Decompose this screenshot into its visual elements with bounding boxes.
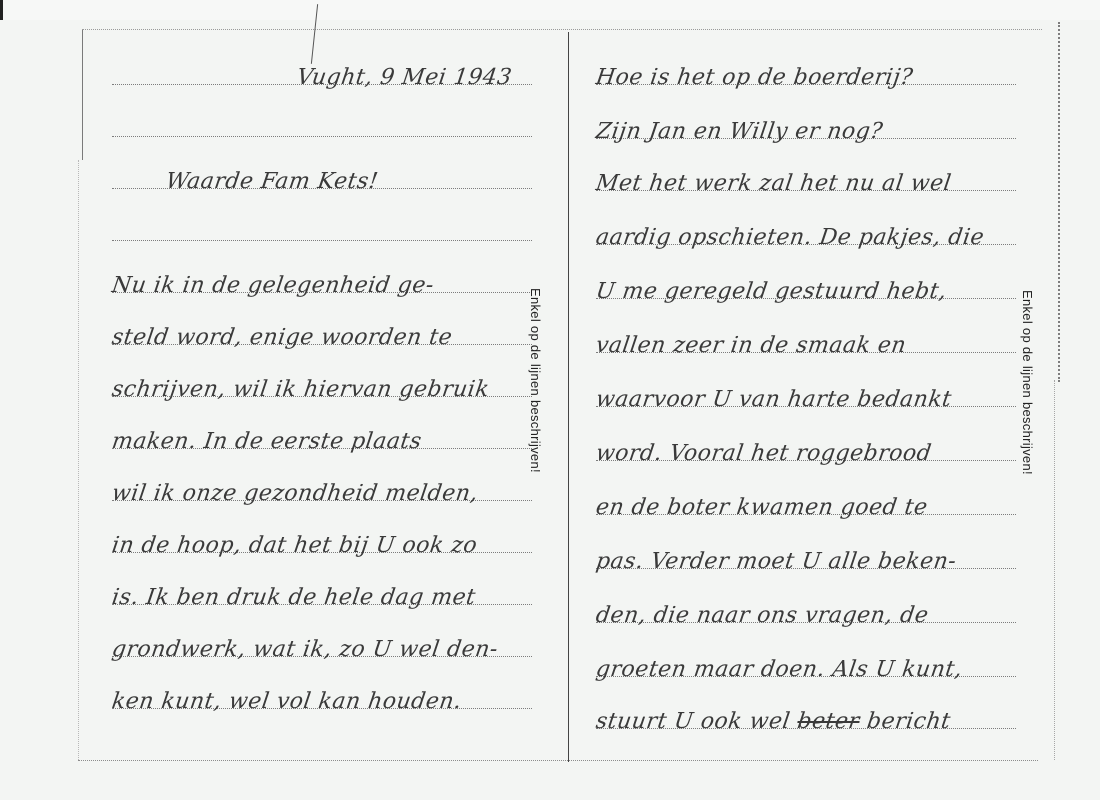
- scan-edge-mark: [0, 0, 3, 20]
- letter-line: wil ik onze gezondheid melden,: [112, 466, 532, 501]
- letter-line: stuurt U ook wel beter bericht: [596, 694, 1016, 729]
- last-word: bericht: [865, 709, 952, 734]
- letter-line: ken kunt, wel vol kan houden.: [112, 674, 532, 709]
- card-top-border: [82, 29, 1042, 30]
- letter-line: waarvoor U van harte bedankt: [596, 372, 1016, 407]
- card-left-edge: [82, 30, 83, 160]
- letter-line: [112, 206, 532, 241]
- letter-line: Nu ik in de gelegenheid ge-: [112, 258, 532, 293]
- letter-line: vallen zeer in de smaak en: [596, 318, 1016, 353]
- scan-top-margin: [0, 0, 1100, 20]
- letter-line: is. Ik ben druk de hele dag met: [112, 570, 532, 605]
- printed-instruction-right: Enkel op de lijnen beschrijven!: [1020, 290, 1035, 475]
- card-bottom-border: [78, 760, 1038, 761]
- letter-line: Waarde Fam Kets!: [112, 154, 532, 189]
- letter-line: Met het werk zal het nu al wel: [596, 156, 1016, 191]
- scanned-letter: Vught, 9 Mei 1943 Waarde Fam Kets! Nu ik…: [0, 0, 1100, 800]
- letter-line: en de boter kwamen goed te: [596, 480, 1016, 515]
- card-left-edge-faint: [78, 160, 79, 760]
- center-fold-line: [568, 32, 569, 762]
- letter-line: groeten maar doen. Als U kunt,: [596, 642, 1016, 677]
- letter-line: steld word, enige woorden te: [112, 310, 532, 345]
- letter-line: U me geregeld gestuurd hebt,: [596, 264, 1016, 299]
- letter-line: pas. Verder moet U alle beken-: [596, 534, 1016, 569]
- letter-line: Hoe is het op de boerderij?: [596, 50, 1016, 85]
- letter-line: grondwerk, wat ik, zo U wel den-: [112, 622, 532, 657]
- letter-line: schrijven, wil ik hiervan gebruik: [112, 362, 532, 397]
- letter-line: Zijn Jan en Willy er nog?: [596, 104, 1016, 139]
- letter-line: maken. In de eerste plaats: [112, 414, 532, 449]
- printed-instruction-left: Enkel op de lijnen beschrijven!: [528, 288, 543, 473]
- date-line: Vught, 9 Mei 1943: [295, 65, 513, 90]
- letter-line: word. Vooral het roggebrood: [596, 426, 1016, 461]
- letter-line: Vught, 9 Mei 1943: [112, 50, 532, 85]
- card-right-edge: [1058, 22, 1060, 382]
- struck-word: beter: [796, 709, 861, 734]
- salutation: Waarde Fam Kets!: [164, 169, 380, 194]
- letter-line: in de hoop, dat het bij U ook zo: [112, 518, 532, 553]
- letter-line: den, die naar ons vragen, de: [596, 588, 1016, 623]
- letter-line: aardig opschieten. De pakjes, die: [596, 210, 1016, 245]
- card-right-edge-faint: [1054, 380, 1055, 760]
- letter-line: [112, 102, 532, 137]
